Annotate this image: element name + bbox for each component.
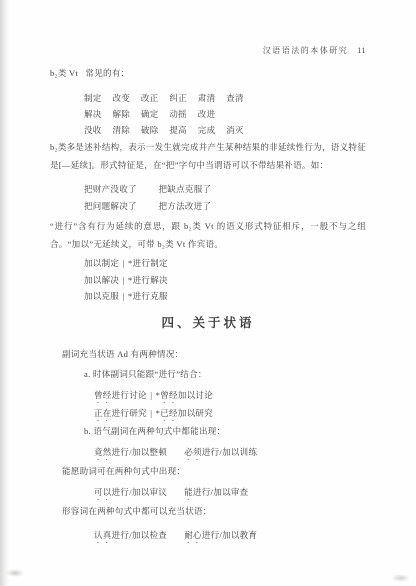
jiayi-example-line: 加以制定 | *进行制定 <box>84 255 376 272</box>
jiayi-example-line: 加以解决 | *进行解决 <box>84 272 376 289</box>
page-number: 11 <box>357 46 366 55</box>
example-line: 竟然进行/加以整顿 必须进行/加以训练 <box>94 444 376 462</box>
scan-artifact <box>391 574 410 582</box>
plain-text: 进行讨论 | * <box>112 390 161 400</box>
vt-word-row: 解决 解除 确定 动摇 改进 <box>84 106 376 122</box>
ba-example-line: 把问题解决了 把方法改进了 <box>84 198 376 215</box>
jiayi-example-line: 加以克服 | *进行克服 <box>84 288 376 305</box>
plain-text: 进行/加以审查 <box>193 487 248 497</box>
example-line: 可以进行/加以审议 能进行/加以审查 <box>94 484 376 502</box>
item-b-example-list: 竟然进行/加以整顿 必须进行/加以训练 <box>94 444 376 462</box>
jiayi-example-list: 加以制定 | *进行制定 加以解决 | *进行解决 加以克服 | *进行克服 <box>84 255 376 305</box>
plain-text: 加以研究 <box>178 408 213 418</box>
emphasized-text: 耐心 <box>184 530 202 540</box>
emphasized-text: 已经 <box>160 408 178 418</box>
page-edge-shadow <box>0 0 9 586</box>
plain-text: 进行研究 | * <box>112 408 161 418</box>
modal-example-list: 可以进行/加以审议 能进行/加以审查 <box>94 484 376 502</box>
emphasized-text: 必须 <box>184 447 202 457</box>
emphasized-text: 曾经 <box>160 390 178 400</box>
ba-example-line: 把财产没收了 把缺点克服了 <box>84 181 376 198</box>
item-b-label: b. 语气副词在两种句式中都能出现： <box>84 425 366 437</box>
book-title: 汉语语法的本体研究 <box>263 46 349 55</box>
vt-word-row: 没收 清除 破除 提高 完成 消灭 <box>84 122 376 138</box>
running-header: 汉语语法的本体研究11 <box>50 45 366 56</box>
ba-example-list: 把财产没收了 把缺点克服了 把问题解决了 把方法改进了 <box>84 181 376 214</box>
item-a-example-list: 曾经进行讨论 | *曾经加以讨论 正在进行研究 | *已经加以研究 <box>94 387 376 423</box>
adjective-label: 形容词在两种句式中都可以充当状语： <box>62 505 366 517</box>
emphasized-text: 认真 <box>94 530 112 540</box>
vt-lead: b₂类 Vt 常见的有： <box>50 67 366 79</box>
adjective-example-list: 认真进行/加以检查 耐心进行/加以教育 <box>94 527 376 545</box>
plain-text: 进行/加以检查 <box>112 530 185 540</box>
example-line: 认真进行/加以检查 耐心进行/加以教育 <box>94 527 376 545</box>
plain-text: 进行/加以教育 <box>202 530 257 540</box>
item-a-label: a. 时体副词只能跟“进行”结合： <box>84 368 366 380</box>
adverb-intro: 副词充当状语 Ad 有两种情况： <box>62 348 366 360</box>
emphasized-text: 正在 <box>94 408 112 418</box>
para-jinxing: “进行”含有行为延续的意思，跟 b₂类 Vt 的语义形式特征相斥，一般不与之组合… <box>50 217 366 253</box>
emphasized-text: 曾经 <box>94 390 112 400</box>
plain-text: 加以讨论 <box>178 390 213 400</box>
emphasized-text: 能 <box>184 487 193 497</box>
example-line: 正在进行研究 | *已经加以研究 <box>94 405 376 423</box>
plain-text: 进行/加以训练 <box>202 447 257 457</box>
para-structure: b₂类多是述补结构，表示一发生就完成并产生某种结果的非延续性行为，语义特征是[—… <box>50 139 366 174</box>
emphasized-text: 竟然 <box>94 447 112 457</box>
plain-text: 进行/加以整顿 <box>112 447 185 457</box>
vt-word-row: 制定 改变 改正 纠正 肃清 查清 <box>84 90 376 106</box>
modal-label: 能愿助词可在两种句式中出现： <box>62 465 366 477</box>
plain-text: 进行/加以审议 <box>112 487 185 497</box>
example-line: 曾经进行讨论 | *曾经加以讨论 <box>94 387 376 405</box>
book-page: 汉语语法的本体研究11 b₂类 Vt 常见的有： 制定 改变 改正 纠正 肃清 … <box>0 0 416 586</box>
section-heading: 四、关于状语 <box>50 313 366 331</box>
emphasized-text: 可以 <box>94 487 112 497</box>
vt-word-list: 制定 改变 改正 纠正 肃清 查清 解决 解除 确定 动摇 改进 没收 清除 破… <box>84 90 376 138</box>
